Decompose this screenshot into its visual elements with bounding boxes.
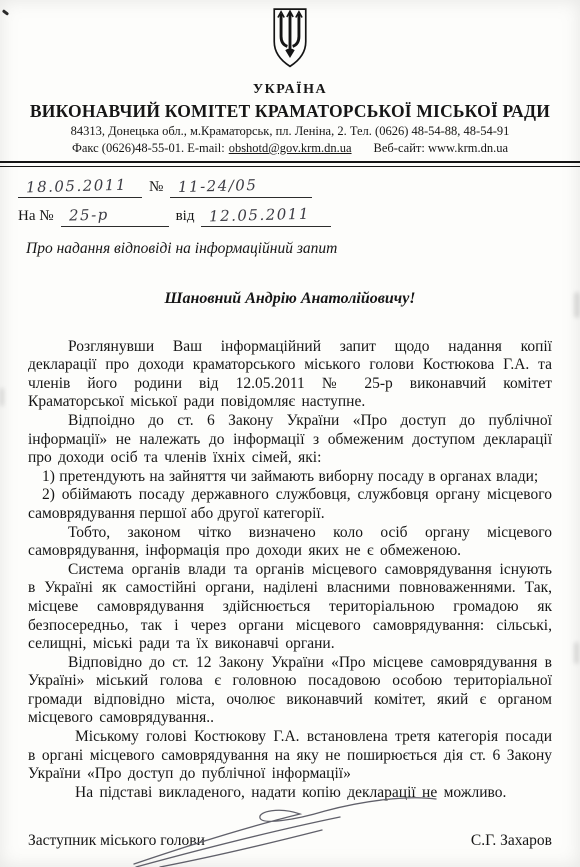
outgoing-number-handwriting: 11-24/05: [178, 176, 258, 196]
outgoing-number-field: 11-24/05: [170, 177, 312, 198]
ukraine-trident-emblem-icon: [263, 7, 317, 69]
country-name: УКРАЇНА: [0, 82, 580, 98]
letter-body: Шановний Андрію Анатолійовичу! Розглянув…: [0, 290, 580, 803]
number-sign-label: №: [142, 179, 170, 196]
subject-line: Про надання відповіді на інформаційний з…: [26, 240, 580, 258]
paragraph-request-summary: Розглянувши Ваш інформаційний запит щодо…: [28, 338, 552, 412]
fax-email-label: Факс (0626)48-55-01. E-mail:: [72, 141, 225, 155]
paragraph-law-article-12: Відповідно до ст. 12 Закону України «Про…: [28, 654, 552, 728]
letter-page: УКРАЇНА ВИКОНАВЧИЙ КОМІТЕТ КРАМАТОРСЬКОЇ…: [0, 0, 580, 867]
website-label: Веб-сайт: www.krm.dn.ua: [374, 141, 509, 155]
body-paragraphs: Розглянувши Ваш інформаційний запит щодо…: [28, 338, 552, 803]
signer-position: Заступник міського голови: [28, 832, 205, 850]
outgoing-date-handwriting: 18.05.2011: [26, 175, 127, 196]
paragraph-mayor-category: Міському голові Костюкову Г.А. встановле…: [28, 728, 552, 784]
contacts-line: Факс (0626)48-55-01. E-mail:obshotd@gov.…: [0, 141, 580, 156]
address-line: 84313, Донецька обл., м.Краматорськ, пл.…: [0, 124, 580, 139]
incoming-date-field: 12.05.2011: [201, 206, 331, 227]
incoming-date-label: від: [169, 208, 202, 225]
incoming-number-label: На №: [18, 208, 61, 225]
organization-name: ВИКОНАВЧИЙ КОМІТЕТ КРАМАТОРСЬКОЇ МІСЬКОЇ…: [8, 101, 572, 122]
scan-smudge: [574, 292, 580, 318]
outgoing-reference-row: 18.05.2011 № 11-24/05: [18, 177, 580, 202]
scan-smudge: [574, 642, 579, 664]
incoming-number-handwriting: 25-р: [68, 205, 108, 224]
scan-smudge: [0, 388, 4, 406]
outgoing-date-field: 18.05.2011: [18, 177, 142, 198]
paragraph-law-article-6: Відпоідно до ст. 6 Закону України «Про д…: [28, 412, 552, 468]
paragraph-scope-of-persons: Тобто, законом чітко визначено коло осіб…: [28, 524, 552, 561]
incoming-date-handwriting: 12.05.2011: [209, 204, 310, 225]
list-item-1: 1) претендують на зайняття чи займають в…: [28, 468, 552, 487]
signature-block: Заступник міського голови С.Г. Захаров: [0, 832, 580, 850]
incoming-reference-row: На № 25-р від 12.05.2011: [18, 206, 580, 231]
signer-name: С.Г. Захаров: [471, 832, 552, 850]
letterhead: УКРАЇНА ВИКОНАВЧИЙ КОМІТЕТ КРАМАТОРСЬКОЇ…: [0, 0, 580, 156]
salutation: Шановний Андрію Анатолійовичу!: [28, 290, 552, 308]
email-link[interactable]: obshotd@gov.krm.dn.ua: [229, 141, 352, 155]
incoming-number-field: 25-р: [61, 206, 169, 227]
list-item-2: 2) обіймають посаду державного службовця…: [28, 486, 552, 523]
reference-block: 18.05.2011 № 11-24/05 На № 25-р від 12.0…: [0, 167, 580, 258]
paragraph-self-government-system: Система органів влади та органів місцево…: [28, 561, 552, 654]
paragraph-conclusion: На підставі викладеного, надати копію де…: [28, 784, 552, 803]
